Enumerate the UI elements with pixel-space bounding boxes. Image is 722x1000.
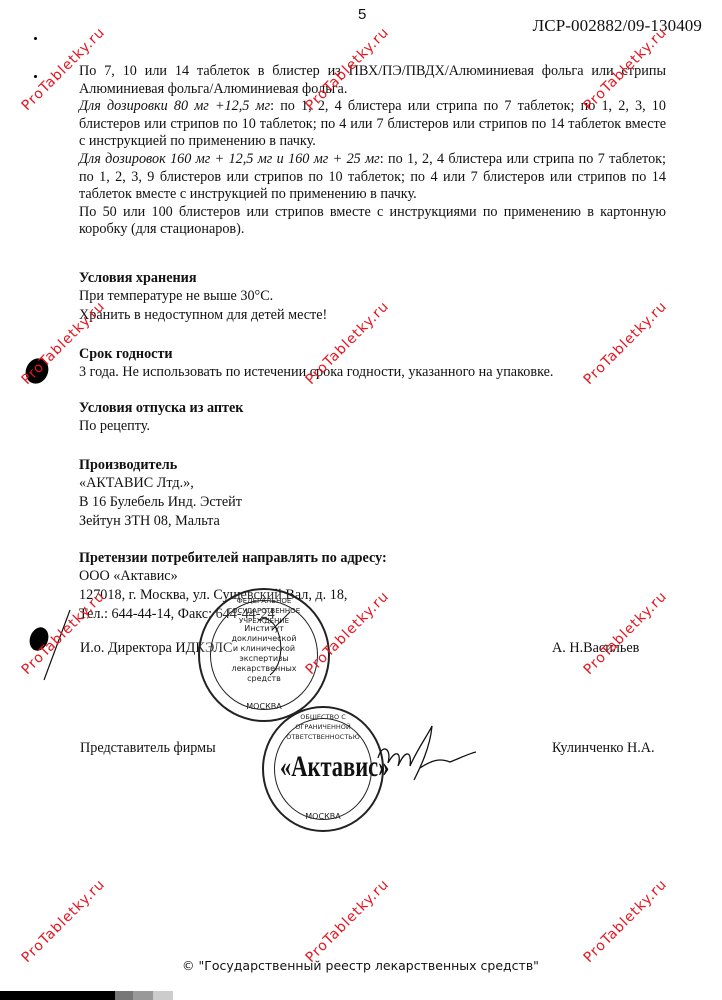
packaging-paragraph-3: Для дозировок 160 мг + 12,5 мг и 160 мг … [79,151,666,204]
manufacturer-section: Производитель «АКТАВИС Лтд.», B 16 Булеб… [79,456,666,531]
section-title: Условия хранения [79,269,666,287]
watermark: ProTabletky.ru [581,876,671,966]
watermark: ProTabletky.ru [303,876,393,966]
document-body: По 7, 10 или 14 таблеток в блистер из ПВ… [79,63,666,624]
section-title: Претензии потребителей направлять по адр… [79,549,666,567]
stamp-ring-text: ОБЩЕСТВО С ОГРАНИЧЕННОЙ ОТВЕТСТВЕННОСТЬЮ [272,712,374,742]
watermark: ProTabletky.ru [19,876,109,966]
scan-edge-bar [153,991,173,1000]
stamp-bottom-text: МОСКВА [234,702,294,712]
packaging-paragraph-1: По 7, 10 или 14 таблеток в блистер из ПВ… [79,63,666,98]
section-title: Срок годности [79,345,666,363]
signature-representative-icon [370,718,480,788]
dispensing-section: Условия отпуска из аптек По рецепту. [79,399,666,436]
section-title: Производитель [79,456,666,474]
scan-edge-bar [0,991,115,1000]
representative-role: Представитель фирмы [80,740,216,757]
dosage-label: Для дозировки 80 мг +12,5 мг [79,98,270,114]
scan-edge-bar [115,991,133,1000]
registration-number: ЛСР-002882/09-130409 [533,16,702,36]
packaging-paragraph-4: По 50 или 100 блистеров или стрипов вмес… [79,204,666,239]
stamp-bottom-text: МОСКВА [298,812,348,822]
shelf-life-section: Срок годности 3 года. Не использовать по… [79,345,666,382]
section-title: Условия отпуска из аптек [79,399,666,417]
page-number: 5 [358,6,366,23]
dosage-label: Для дозировок 160 мг + 12,5 мг и 160 мг … [79,151,380,167]
representative-name: Кулинченко Н.А. [552,740,655,757]
scan-edge-bar [133,991,153,1000]
scan-dot [34,37,37,40]
footer-copyright: © "Государственный реестр лекарственных … [182,958,539,973]
company-stamp: ОБЩЕСТВО С ОГРАНИЧЕННОЙ ОТВЕТСТВЕННОСТЬЮ… [262,706,384,832]
scan-dot [34,75,37,78]
packaging-paragraph-2: Для дозировки 80 мг +12,5 мг: по 1, 2, 4… [79,98,666,151]
